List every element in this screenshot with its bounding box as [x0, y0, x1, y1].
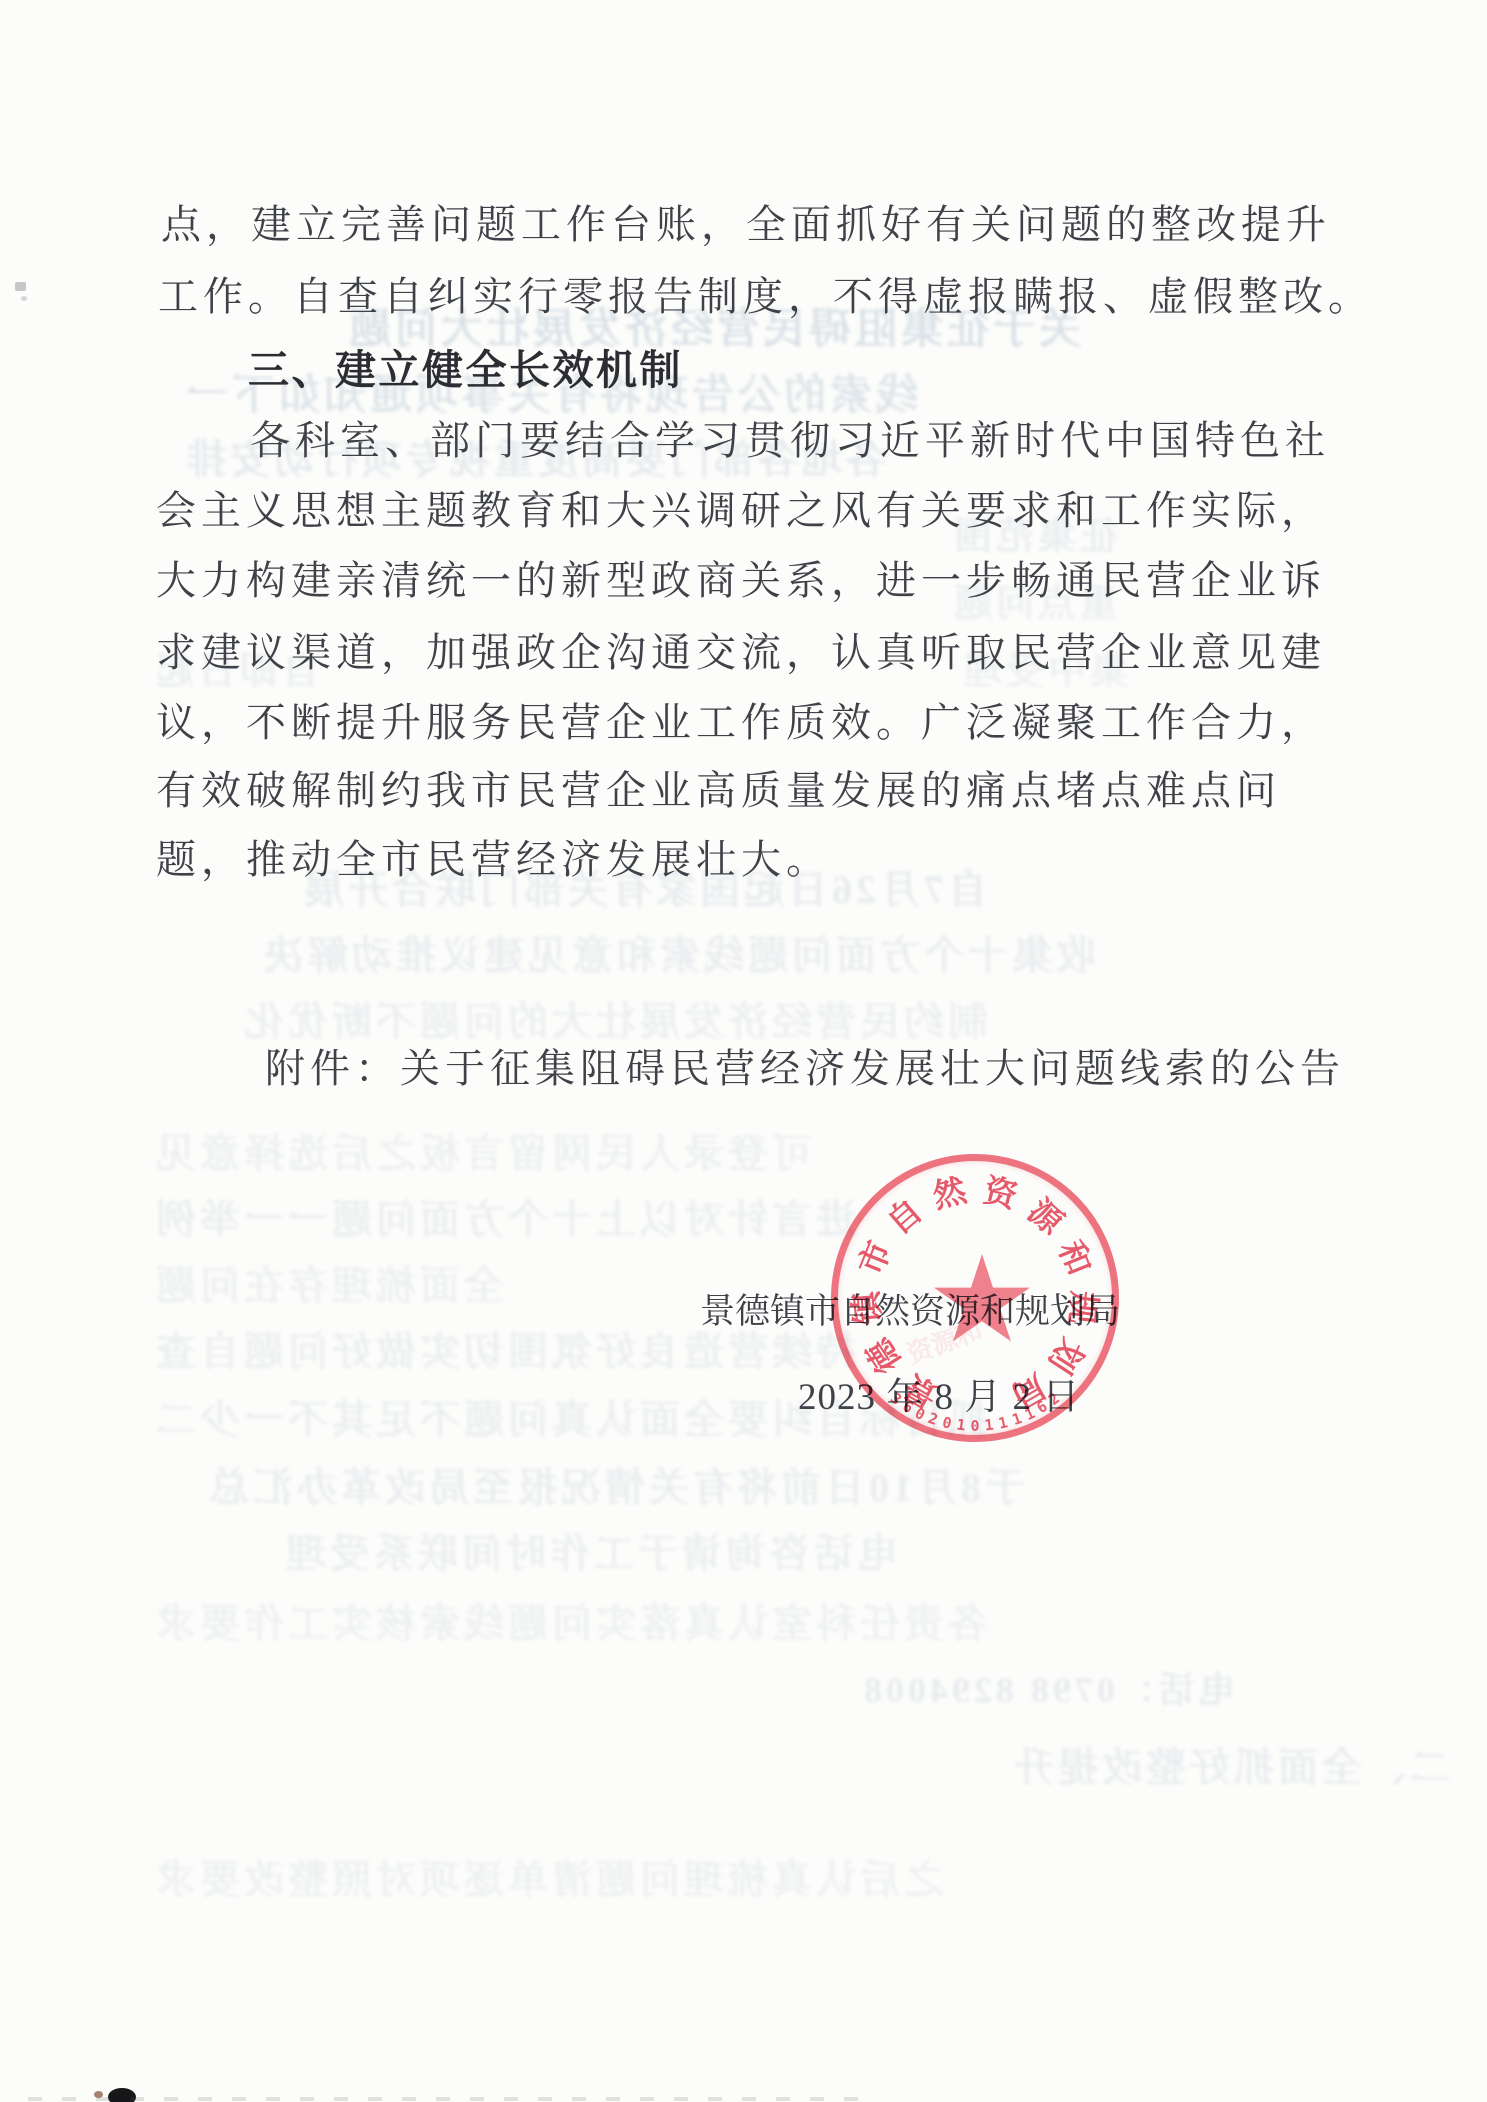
- scan-edge-streak: [28, 2097, 878, 2101]
- bleedthrough-line: 各责任科室认真落实问题线索核实工作要求: [152, 1592, 988, 1649]
- body-line: 求建议渠道，加强政企沟通交流，认真听取民营企业意见建: [156, 621, 1326, 678]
- bleedthrough-line: 进言针对以上十个方面问题一一举例: [152, 1188, 856, 1245]
- document-page: 关于征集阻碍民营经济发展壮大问题线索的公告现将有关事项通知如下一各地各部门要高度…: [0, 0, 1487, 2102]
- body-line: 各科室、部门要结合学习贯彻习近平新时代中国特色社: [250, 409, 1330, 466]
- body-line: 大力构建亲清统一的新型政商关系，进一步畅通民营企业诉: [156, 549, 1326, 606]
- official-seal: 景德镇市自然资源和规划局3602010111162资源和: [831, 1154, 1119, 1442]
- seal-ring-char: 镇: [841, 1290, 891, 1327]
- bleedthrough-line: 之后认真梳理问题清单逐项对照整改要求: [152, 1848, 944, 1905]
- bleedthrough-line: 于8月10日前将有关情况报至局改革办汇总: [205, 1456, 1025, 1513]
- scan-smudge: [21, 296, 27, 301]
- attachment-line: 附件：关于征集阻碍民营经济发展壮大问题线索的公告: [265, 1037, 1345, 1094]
- body-line: 工作。自查自纠实行零报告制度，不得虚报瞒报、虚假整改。: [158, 265, 1373, 322]
- body-line: 点，建立完善问题工作台账，全面抓好有关问题的整改提升: [161, 193, 1331, 250]
- body-line: 会主义思想主题教育和大兴调研之风有关要求和工作实际，: [156, 479, 1326, 536]
- bleedthrough-line: 收集十个方面问题线索和意见建议推动解决: [260, 924, 1096, 981]
- bleedthrough-line: 二、全面抓好整改提升: [1010, 1736, 1450, 1793]
- bleedthrough-line: 全面梳理存在问题: [152, 1254, 504, 1311]
- scan-smudge: [15, 282, 26, 291]
- seal-serial-digit: 1: [955, 1416, 966, 1435]
- body-line: 议，不断提升服务民营企业工作质效。广泛凝聚工作合力，: [156, 691, 1326, 748]
- section-heading: 三、建立健全长效机制: [248, 337, 683, 396]
- bleedthrough-line: 电话：0798 8294008: [860, 1662, 1235, 1713]
- bleedthrough-line: 电话咨询请于工作时间联系受理: [282, 1522, 898, 1579]
- seal-ring-char: 规: [1060, 1290, 1110, 1327]
- seal-serial-digit: 0: [970, 1417, 979, 1435]
- seal-serial-digit: 1: [984, 1416, 995, 1435]
- body-line: 有效破解制约我市民营企业高质量发展的痛点堵点难点问: [156, 759, 1281, 816]
- body-line: 题，推动全市民营经济发展壮大。: [156, 828, 831, 885]
- bleedthrough-line: 可登录人民网留言板之后选择意见: [152, 1122, 812, 1179]
